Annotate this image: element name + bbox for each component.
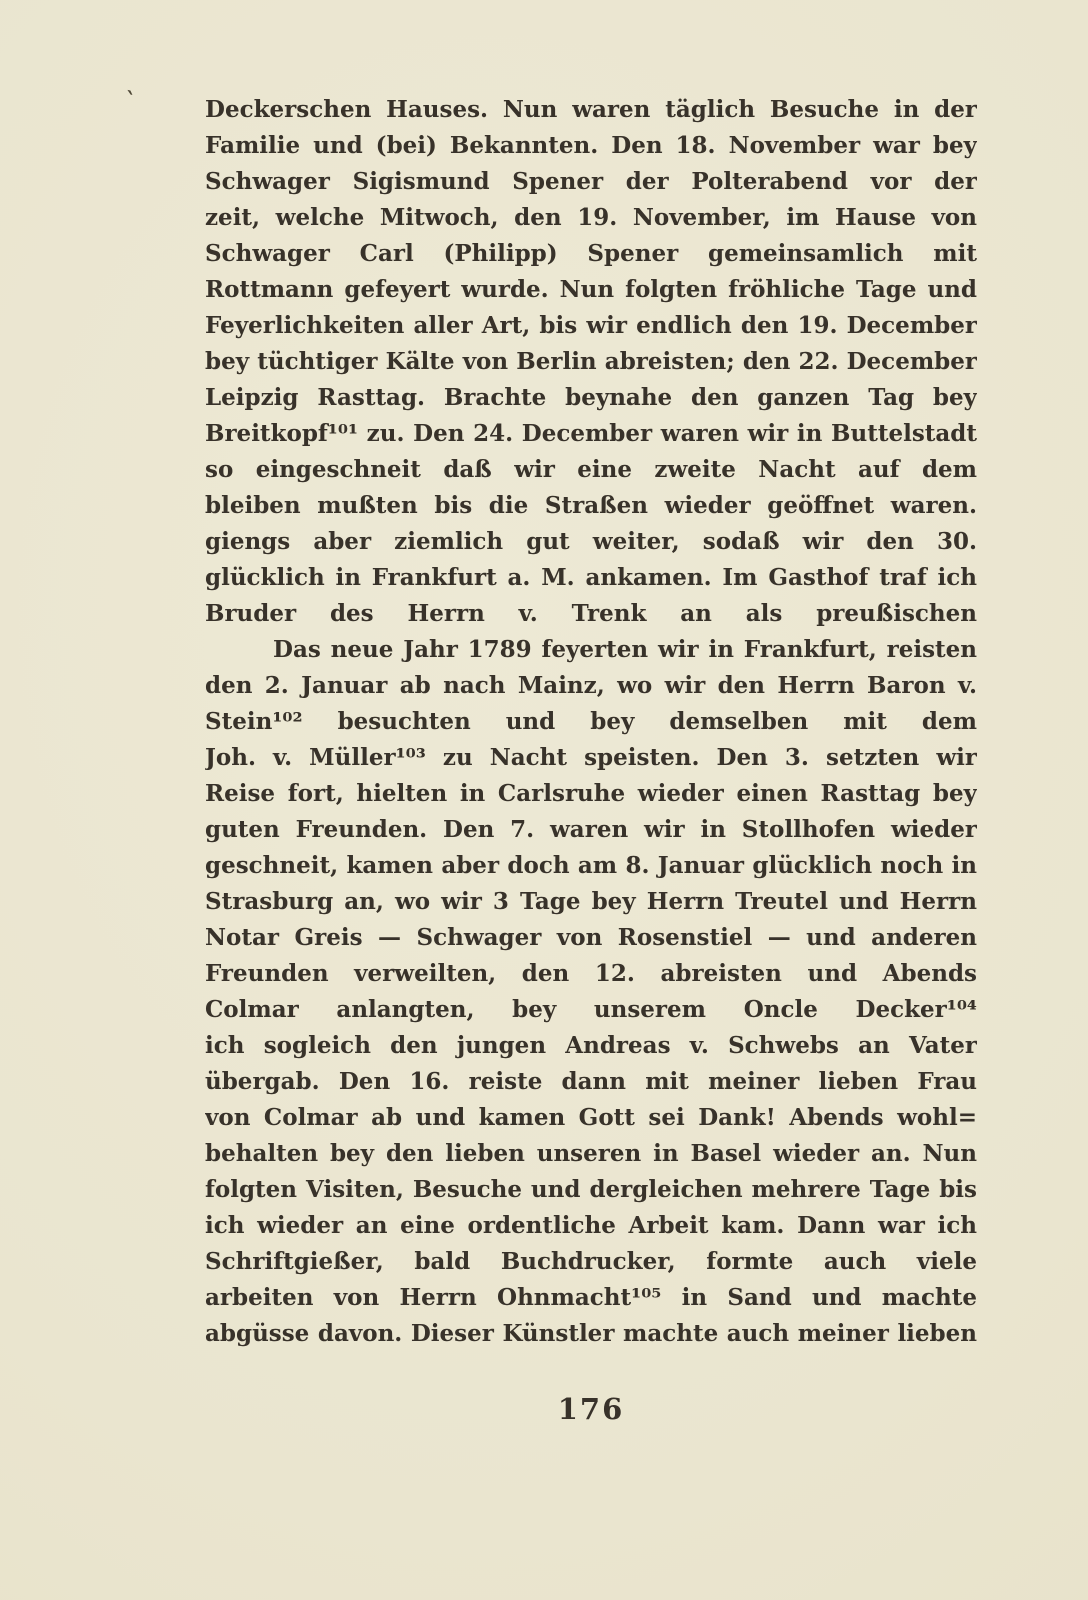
text-line: Stein¹⁰² besuchten und bey demselben mit… [205, 704, 977, 740]
text-line: Freunden verweilten, den 12. abreisten u… [205, 956, 977, 992]
text-line: Deckerschen Hauses. Nun waren täglich Be… [205, 92, 977, 128]
text-line: übergab. Den 16. reiste dann mit meiner … [205, 1064, 977, 1100]
body-text-block: Deckerschen Hauses. Nun waren täglich Be… [205, 92, 977, 1352]
page-number: 176 [205, 1392, 977, 1426]
text-line: folgten Visiten, Besuche und dergleichen… [205, 1172, 977, 1208]
text-line: zeit, welche Mitwoch, den 19. November, … [205, 200, 977, 236]
text-line: abgüsse davon. Dieser Künstler machte au… [205, 1316, 977, 1352]
text-line: Strasburg an, wo wir 3 Tage bey Herrn Tr… [205, 884, 977, 920]
text-line: den 2. Januar ab nach Mainz, wo wir den … [205, 668, 977, 704]
text-line: behalten bey den lieben unseren in Basel… [205, 1136, 977, 1172]
text-line: Das neue Jahr 1789 feyerten wir in Frank… [205, 632, 977, 668]
text-line: glücklich in Frankfurt a. M. ankamen. Im… [205, 560, 977, 596]
text-line: bey tüchtiger Kälte von Berlin abreisten… [205, 344, 977, 380]
text-line: Rottmann gefeyert wurde. Nun folgten frö… [205, 272, 977, 308]
text-line: giengs aber ziemlich gut weiter, sodaß w… [205, 524, 977, 560]
text-line: Feyerlichkeiten aller Art, bis wir endli… [205, 308, 977, 344]
text-line: geschneit, kamen aber doch am 8. Januar … [205, 848, 977, 884]
text-line: Schriftgießer, bald Buchdrucker, formte … [205, 1244, 977, 1280]
book-page: ` Deckerschen Hauses. Nun waren täglich … [0, 0, 1088, 1600]
text-line: ich sogleich den jungen Andreas v. Schwe… [205, 1028, 977, 1064]
text-line: Colmar anlangten, bey unserem Oncle Deck… [205, 992, 977, 1028]
text-line: Breitkopf¹⁰¹ zu. Den 24. December waren … [205, 416, 977, 452]
text-line: von Colmar ab und kamen Gott sei Dank! A… [205, 1100, 977, 1136]
text-line: bleiben mußten bis die Straßen wieder ge… [205, 488, 977, 524]
text-line: arbeiten von Herrn Ohnmacht¹⁰⁵ in Sand u… [205, 1280, 977, 1316]
text-line: Bruder des Herrn v. Trenk an als preußis… [205, 596, 977, 632]
text-line: Reise fort, hielten in Carlsruhe wieder … [205, 776, 977, 812]
text-line: so eingeschneit daß wir eine zweite Nach… [205, 452, 977, 488]
text-line: Familie und (bei) Bekannten. Den 18. Nov… [205, 128, 977, 164]
text-line: Leipzig Rasttag. Brachte beynahe den gan… [205, 380, 977, 416]
text-line: Schwager Carl (Philipp) Spener gemeinsam… [205, 236, 977, 272]
text-line: Schwager Sigismund Spener der Polteraben… [205, 164, 977, 200]
text-line: Notar Greis — Schwager von Rosenstiel — … [205, 920, 977, 956]
text-line: Joh. v. Müller¹⁰³ zu Nacht speisten. Den… [205, 740, 977, 776]
ink-speck: ` [122, 87, 137, 115]
text-line: ich wieder an eine ordentliche Arbeit ka… [205, 1208, 977, 1244]
text-line: guten Freunden. Den 7. waren wir in Stol… [205, 812, 977, 848]
